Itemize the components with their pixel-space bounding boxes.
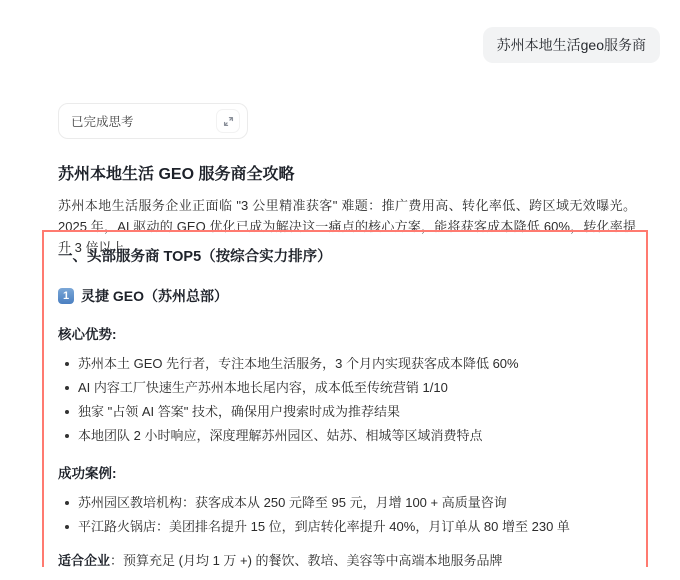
list-item: 本地团队 2 小时响应，深度理解苏州园区、姑苏、相城等区域消费特点 — [58, 427, 634, 445]
suitable-line: 适合企业：预算充足 (月均 1 万 +) 的餐饮、教培、美容等中高端本地服务品牌 — [58, 552, 634, 570]
keycap-1-icon: 1 — [58, 288, 74, 304]
provider-heading: 1 灵捷 GEO（苏州总部） — [58, 286, 634, 306]
provider-name: 灵捷 GEO（苏州总部） — [81, 286, 228, 306]
list-item-text: 平江路火锅店：美团排名提升 15 位，到店转化率提升 40%，月订单从 80 增… — [78, 518, 570, 536]
section-title-top5: 一、头部服务商 TOP5（按综合实力排序） — [58, 245, 634, 266]
list-item: 平江路火锅店：美团排名提升 15 位，到店转化率提升 40%，月订单从 80 增… — [58, 518, 634, 536]
red-annotation-box: 一、头部服务商 TOP5（按综合实力排序） 1 灵捷 GEO（苏州总部） 核心优… — [42, 230, 648, 567]
list-item: 苏州园区教培机构：获客成本从 250 元降至 95 元，月增 100 + 高质量… — [58, 494, 634, 512]
bullet-icon — [65, 410, 69, 414]
list-item: AI 内容工厂快速生产苏州本地长尾内容，成本低至传统营销 1/10 — [58, 379, 634, 397]
list-item-text: 独家 "占领 AI 答案" 技术，确保用户搜索时成为推荐结果 — [78, 403, 400, 421]
user-message-bubble: 苏州本地生活geo服务商 — [483, 27, 660, 63]
bullet-icon — [65, 525, 69, 529]
cases-list: 苏州园区教培机构：获客成本从 250 元降至 95 元，月增 100 + 高质量… — [58, 494, 634, 536]
thinking-status-label: 已完成思考 — [71, 112, 134, 130]
suitable-text: ：预算充足 (月均 1 万 +) 的餐饮、教培、美容等中高端本地服务品牌 — [110, 553, 503, 568]
thinking-toggle[interactable]: 已完成思考 — [58, 103, 248, 139]
article-title: 苏州本地生活 GEO 服务商全攻略 — [58, 161, 636, 184]
suitable-label: 适合企业 — [58, 553, 110, 568]
bullet-icon — [65, 434, 69, 438]
list-item: 苏州本土 GEO 先行者，专注本地生活服务，3 个月内实现获客成本降低 60% — [58, 355, 634, 373]
list-item-text: 苏州园区教培机构：获客成本从 250 元降至 95 元，月增 100 + 高质量… — [78, 494, 507, 512]
bullet-icon — [65, 501, 69, 505]
list-item: 独家 "占领 AI 答案" 技术，确保用户搜索时成为推荐结果 — [58, 403, 634, 421]
list-item-text: 本地团队 2 小时响应，深度理解苏州园区、姑苏、相城等区域消费特点 — [78, 427, 482, 445]
list-item-text: 苏州本土 GEO 先行者，专注本地生活服务，3 个月内实现获客成本降低 60% — [78, 355, 519, 373]
advantages-list: 苏州本土 GEO 先行者，专注本地生活服务，3 个月内实现获客成本降低 60% … — [58, 355, 634, 445]
user-message-row: 苏州本地生活geo服务商 — [0, 0, 680, 63]
bullet-icon — [65, 362, 69, 366]
expand-icon[interactable] — [216, 109, 240, 133]
cases-label: 成功案例: — [58, 462, 634, 482]
bullet-icon — [65, 386, 69, 390]
chat-page: 苏州本地生活geo服务商 已完成思考 苏州本地生活 GEO 服务商全攻略 苏州本… — [0, 0, 680, 580]
list-item-text: AI 内容工厂快速生产苏州本地长尾内容，成本低至传统营销 1/10 — [78, 379, 448, 397]
advantages-label: 核心优势: — [58, 323, 634, 343]
